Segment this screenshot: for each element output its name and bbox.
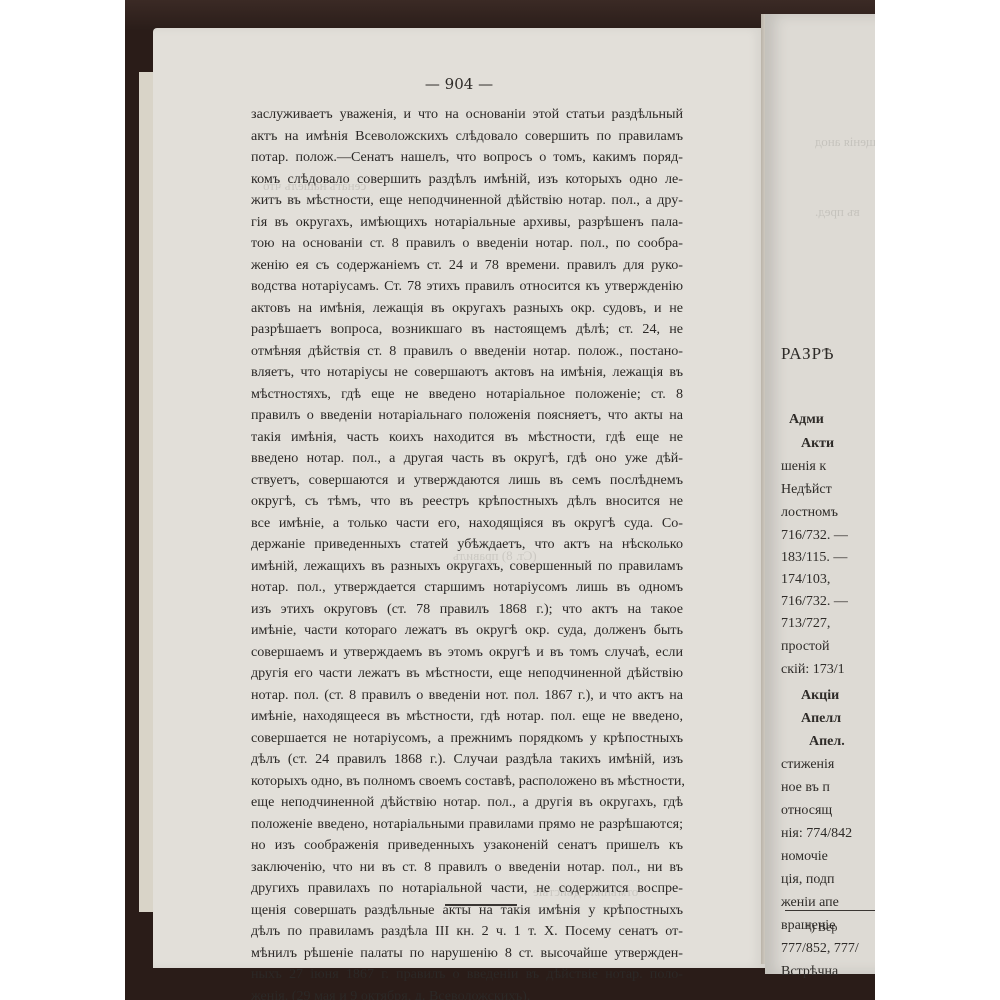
text-line: щенія совершать раздѣльные акты на такія…: [251, 900, 683, 922]
text-line: совершаемъ и утверждаемъ въ этомъ округѣ…: [251, 642, 683, 664]
right-page-line: стиженія: [781, 757, 834, 773]
text-line: имѣніе, находящееся въ мѣстности, гдѣ но…: [251, 706, 683, 728]
text-line: житъ въ мѣстности, еще неподчиненной дѣй…: [251, 190, 683, 212]
right-page-line: Адми: [789, 412, 824, 428]
right-page-line: лостномъ: [781, 505, 838, 521]
text-line: женія. (29 мая и 9 октября, д. Всеволожс…: [251, 986, 683, 1000]
text-line: актъ на имѣнія Всеволожскихъ слѣдовало с…: [251, 126, 683, 148]
text-line: мѣнилъ рѣшеніе палаты по нарушенію 8 ст.…: [251, 943, 683, 965]
right-page-line: шенія к: [781, 459, 826, 475]
text-line: нотар. пол., утверждается старшимъ нотар…: [251, 577, 683, 599]
section-heading: РАЗРѢ: [781, 344, 835, 364]
right-page-line: скій: 173/1: [781, 662, 845, 678]
page-number: — 904 —: [153, 75, 765, 93]
right-page-line: 716/732. —: [781, 594, 848, 610]
right-page-line: 777/852, 777/: [781, 941, 859, 957]
text-line: еще неподчиненной дѣйствію нотар. пол., …: [251, 792, 683, 814]
text-line: заключенію, что ни въ ст. 8 правилъ о вв…: [251, 857, 683, 879]
text-line: другихъ правилахъ по нотаріальной части,…: [251, 878, 683, 900]
bleed-through-text: щенія анод: [815, 134, 875, 150]
right-page-line: простой: [781, 639, 829, 655]
text-line: женію ея съ содержаніемъ ст. 24 и 78 вре…: [251, 255, 683, 277]
text-line: комъ слѣдовало совершить раздѣлъ имѣній,…: [251, 169, 683, 191]
text-line: дѣлъ (ст. 24 правилъ 1868 г.). Случаи ра…: [251, 749, 683, 771]
text-line: ствуетъ, совершаются и утверждаются лишь…: [251, 470, 683, 492]
footnote-divider: [785, 910, 875, 911]
text-line: мѣстностяхъ, гдѣ еще не введено нотаріал…: [251, 384, 683, 406]
right-page-line: Акти: [801, 436, 834, 452]
right-page-line: женіи апе: [781, 895, 839, 911]
text-line: гія въ округахъ, имѣющихъ нотаріальные а…: [251, 212, 683, 234]
text-line: тою на основаніи ст. 8 правилъ о введені…: [251, 233, 683, 255]
text-line: нотар. пол. (ст. 8 правилъ о введеніи но…: [251, 685, 683, 707]
text-line: водства нотаріусамъ. Ст. 78 этихъ правил…: [251, 276, 683, 298]
text-line: правилъ о введеніи нотаріальнаго положен…: [251, 405, 683, 427]
left-page: сенатъ нашелъ что (Ст. 8) правилъ отмѣни…: [153, 28, 765, 968]
right-page-line: Апел.: [809, 734, 845, 750]
text-line: заслуживаетъ уваженія, и что на основані…: [251, 104, 683, 126]
text-line: потар. полож.—Сенатъ нашелъ, что вопросъ…: [251, 147, 683, 169]
right-page-line: 713/727,: [781, 616, 830, 632]
right-page-line: ція, подп: [781, 872, 835, 888]
right-page-line: Недѣйст: [781, 482, 832, 498]
text-line: актовъ на имѣнія, лежащія въ округахъ ра…: [251, 298, 683, 320]
text-line: положеніе введено, нотаріальными правила…: [251, 814, 683, 836]
book-photo: сенатъ нашелъ что (Ст. 8) правилъ отмѣни…: [125, 0, 875, 1000]
right-page-line: 174/103,: [781, 572, 830, 588]
text-line: держаніе приведенныхъ статей убѣждаетъ, …: [251, 534, 683, 556]
footnote: *) Вер: [805, 920, 837, 935]
text-line: вляетъ, что нотаріусы не совершаютъ акто…: [251, 362, 683, 384]
text-line: округѣ, съ тѣмъ, что въ реестръ крѣпостн…: [251, 491, 683, 513]
text-line: введено нотар. пол., а другая часть въ о…: [251, 448, 683, 470]
text-line: которыхъ одно, въ полномъ своемъ составѣ…: [251, 771, 683, 793]
text-line: изъ этихъ округовъ (ст. 78 правилъ 1868 …: [251, 599, 683, 621]
text-line: имѣніе, части котораго лежатъ въ округѣ …: [251, 620, 683, 642]
text-line: ныхъ 27 іюня 1867 г. правилъ о введеніи …: [251, 964, 683, 986]
right-page-line: нія: 774/842: [781, 826, 852, 842]
section-divider: [445, 904, 517, 906]
right-page-line: 183/115. —: [781, 550, 847, 566]
bleed-through-text: въ пред.: [815, 204, 860, 220]
right-page-line: номочіе: [781, 849, 828, 865]
text-line: все имѣніе, а только части его, находящі…: [251, 513, 683, 535]
text-line: другія его части лежатъ въ мѣстности, ещ…: [251, 663, 683, 685]
text-line: но изъ соображенія приведенныхъ узаконен…: [251, 835, 683, 857]
right-page-line: относящ: [781, 803, 832, 819]
right-page: щенія анод въ пред. РАЗРѢ АдмиАктишенія …: [765, 14, 875, 974]
text-line: совершается не нотаріусомъ, а прежнимъ п…: [251, 728, 683, 750]
text-line: разрѣшаетъ вопроса, возникшаго въ настоя…: [251, 319, 683, 341]
right-page-line: Акціи: [801, 688, 839, 704]
right-page-line: Апелл: [801, 711, 841, 727]
text-line: дѣлъ по правиламъ раздѣла III кн. 2 ч. 1…: [251, 921, 683, 943]
right-page-line: Встрѣчна: [781, 964, 838, 980]
text-line: такія имѣнія, часть коихъ находится въ м…: [251, 427, 683, 449]
text-line: имѣній, лежащихъ въ разныхъ округахъ, со…: [251, 556, 683, 578]
right-page-line: 716/732. —: [781, 528, 848, 544]
body-text: заслуживаетъ уваженія, и что на основані…: [251, 104, 683, 1000]
right-page-line: ное въ п: [781, 780, 830, 796]
text-line: отмѣняя дѣйствія ст. 8 правилъ о введені…: [251, 341, 683, 363]
